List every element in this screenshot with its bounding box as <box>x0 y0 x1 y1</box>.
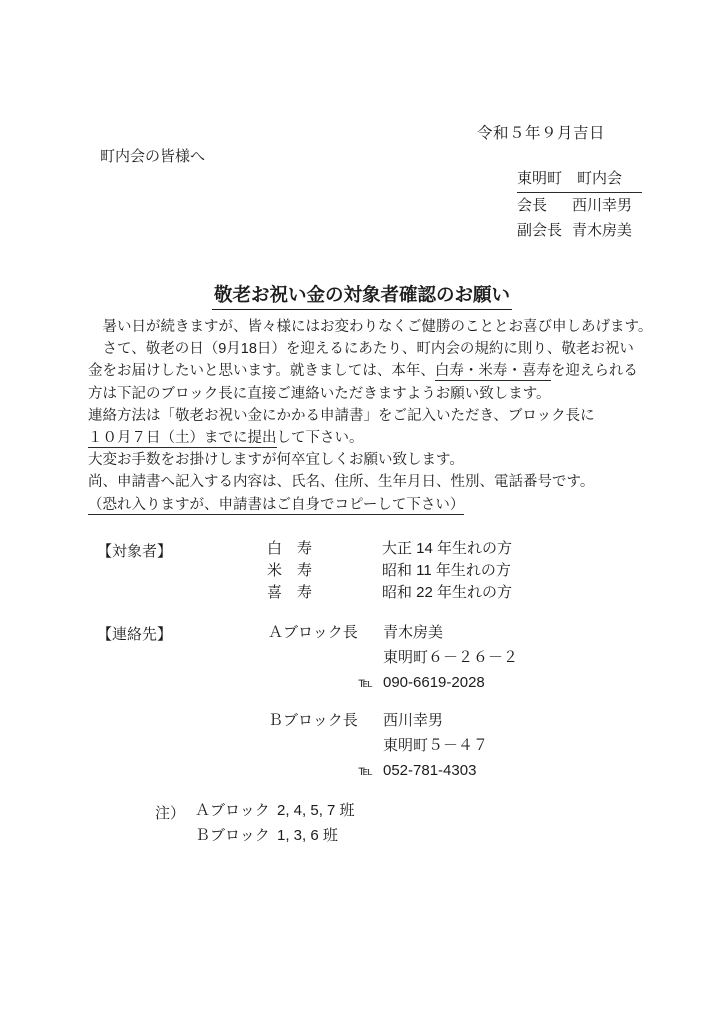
body-line: 大変お手数をお掛けしますが何卒宜しくお願い致します。 <box>88 449 652 471</box>
note-row: Ａブロック 2, 4, 5, 7 班 <box>195 798 355 823</box>
contact-name: 西川幸男 <box>383 708 443 733</box>
body-line: 連絡方法は「敬老お祝い金にかかる申請書」をご記入いただき、ブロック長に <box>88 405 652 427</box>
signature-name: 西川幸男 <box>572 193 632 218</box>
recipient-rank: 米 寿 <box>267 560 382 582</box>
body-text: さて、敬老の日（9月18日）を迎えるにあたり、町内会の規約に則り、敬老お祝い <box>88 341 634 357</box>
recipient-row: 米 寿 昭和 11 年生れの方 <box>267 560 512 582</box>
signature-name: 青木房美 <box>572 218 632 243</box>
body-text-underlined: 白寿・米寿・喜寿 <box>435 363 551 381</box>
note-block-groups: 2, 4, 5, 7 班 <box>277 798 355 823</box>
note-block-groups: 1, 3, 6 班 <box>277 823 338 848</box>
notes-block: Ａブロック 2, 4, 5, 7 班 Ｂブロック 1, 3, 6 班 <box>195 798 355 848</box>
signature-org-row: 東明町 町内会 <box>517 166 642 193</box>
recipient-birth-year: 昭和 22 年生れの方 <box>382 582 512 604</box>
document-date: 令和５年９月吉日 <box>477 121 605 143</box>
body-text: 大変お手数をお掛けしますが何卒宜しくお願い致します。 <box>88 452 464 468</box>
body-text: 方は下記のブロック長に直接ご連絡いただきますようお願い致します。 <box>88 386 551 402</box>
contact-role: Ｂブロック長 <box>268 708 383 733</box>
contact-role-row: Ｂブロック長 西川幸男 <box>268 708 488 733</box>
body-line: 暑い日が続きますが、皆々様にはお変わりなくご健勝のこととお喜び申しあげます。 <box>88 316 652 338</box>
contact-phone: 090-6619-2028 <box>383 670 485 695</box>
signature-role: 副会長 <box>517 218 572 243</box>
signature-row-vice-chairman: 副会長 青木房美 <box>517 218 642 243</box>
spacer-cell <box>268 733 383 758</box>
salutation: 町内会の皆様へ <box>100 145 205 166</box>
note-label: 注） <box>155 801 185 826</box>
body-text-underlined: （恐れ入りますが、申請書はご自身でコピーして下さい） <box>88 497 464 515</box>
body-text: 暑い日が続きますが、皆々様にはお変わりなくご健勝のこととお喜び申しあげます。 <box>88 319 652 335</box>
contact-address: 東明町５－４７ <box>383 733 488 758</box>
body-line: 尚、申請書へ記入する内容は、氏名、住所、生年月日、性別、電話番号です。 <box>88 471 652 493</box>
note-block-name: Ａブロック <box>195 798 277 823</box>
body-text: 尚、申請書へ記入する内容は、氏名、住所、生年月日、性別、電話番号です。 <box>88 474 594 490</box>
title-row: 敬老お祝い金の対象者確認のお願い <box>0 281 724 310</box>
note-block-name: Ｂブロック <box>195 823 277 848</box>
contact-tel-row: ℡ 052-781-4303 <box>268 758 488 783</box>
signature-row-chairman: 会長 西川幸男 <box>517 193 642 218</box>
body-text: 連絡方法は「敬老お祝い金にかかる申請書」をご記入いただき、ブロック長に <box>88 408 595 424</box>
contact-address-row: 東明町５－４７ <box>268 733 488 758</box>
signature-org: 東明町 町内会 <box>517 166 642 193</box>
recipient-row: 白 寿 大正 14 年生れの方 <box>267 538 512 560</box>
tel-icon: ℡ <box>268 670 383 695</box>
recipient-birth-year: 大正 14 年生れの方 <box>382 538 512 560</box>
recipient-birth-year: 昭和 11 年生れの方 <box>382 560 511 582</box>
body-text: して下さい。 <box>277 430 364 446</box>
tel-icon: ℡ <box>268 758 383 783</box>
body-line: さて、敬老の日（9月18日）を迎えるにあたり、町内会の規約に則り、敬老お祝い <box>88 338 652 360</box>
signature-block: 東明町 町内会 会長 西川幸男 副会長 青木房美 <box>517 166 642 243</box>
body-line: 方は下記のブロック長に直接ご連絡いただきますようお願い致します。 <box>88 383 652 405</box>
section-label-recipients: 【対象者】 <box>97 541 172 563</box>
document-page: 令和５年９月吉日 町内会の皆様へ 東明町 町内会 会長 西川幸男 副会長 青木房… <box>0 0 724 1024</box>
contact-block-b: Ｂブロック長 西川幸男 東明町５－４７ ℡ 052-781-4303 <box>268 708 488 783</box>
body-text-underlined: １０月７日（土）までに提出 <box>88 430 277 448</box>
body-paragraph: 暑い日が続きますが、皆々様にはお変わりなくご健勝のこととお喜び申しあげます。 さ… <box>88 316 652 516</box>
body-line: （恐れ入りますが、申請書はご自身でコピーして下さい） <box>88 494 652 516</box>
contact-block-a: Ａブロック長 青木房美 東明町６－２６－２ ℡ 090-6619-2028 <box>268 620 518 695</box>
recipient-row: 喜 寿 昭和 22 年生れの方 <box>267 582 512 604</box>
page-title: 敬老お祝い金の対象者確認のお願い <box>212 281 512 310</box>
contact-role-row: Ａブロック長 青木房美 <box>268 620 518 645</box>
contact-name: 青木房美 <box>383 620 443 645</box>
body-text: を迎えられる <box>551 363 638 379</box>
contact-phone: 052-781-4303 <box>383 758 476 783</box>
body-line: １０月７日（土）までに提出して下さい。 <box>88 427 652 449</box>
note-row: Ｂブロック 1, 3, 6 班 <box>195 823 355 848</box>
section-label-contacts: 【連絡先】 <box>97 624 172 646</box>
recipient-rank: 喜 寿 <box>267 582 382 604</box>
contact-role: Ａブロック長 <box>268 620 383 645</box>
recipients-table: 白 寿 大正 14 年生れの方 米 寿 昭和 11 年生れの方 喜 寿 昭和 2… <box>267 538 512 604</box>
spacer-cell <box>268 645 383 670</box>
body-line: 金をお届けしたいと思います。就きましては、本年、白寿・米寿・喜寿を迎えられる <box>88 360 652 382</box>
contact-address-row: 東明町６－２６－２ <box>268 645 518 670</box>
contact-address: 東明町６－２６－２ <box>383 645 518 670</box>
body-text: 金をお届けしたいと思います。就きましては、本年、 <box>88 363 435 379</box>
recipient-rank: 白 寿 <box>267 538 382 560</box>
contact-tel-row: ℡ 090-6619-2028 <box>268 670 518 695</box>
signature-role: 会長 <box>517 193 572 218</box>
